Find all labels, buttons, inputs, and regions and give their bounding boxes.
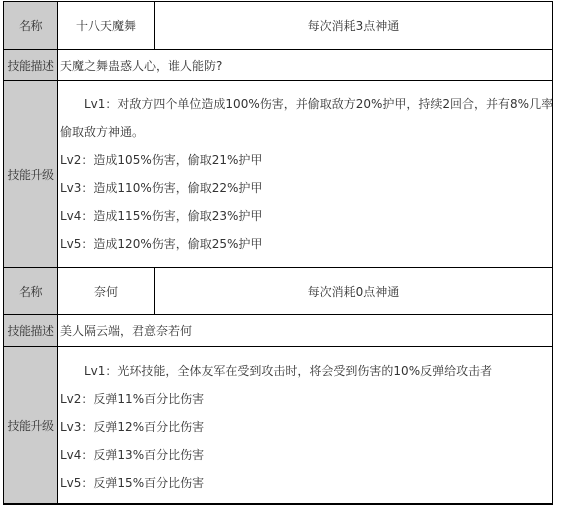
upgrade-lv5: Lv5：造成120%伤害，偷取25%护甲 (60, 230, 553, 258)
skill-name: 十八天魔舞 (58, 2, 155, 49)
upgrade-lv3: Lv3：造成110%伤害，偷取22%护甲 (60, 174, 553, 202)
upgrade-lv1: Lv1：对敌方四个单位造成100%伤害，并偷取敌方20%护甲，持续2回合，并有8… (60, 90, 553, 118)
upgrade-lv2: Lv2：造成105%伤害，偷取21%护甲 (60, 146, 553, 174)
skill-desc: 天魔之舞蛊惑人心，谁人能防? (58, 50, 552, 80)
name-label: 名称 (4, 2, 58, 49)
upgrade-label: 技能升级 (4, 347, 58, 503)
upgrade-lv1-cont: 偷取敌方神通。 (60, 118, 553, 146)
upgrade-lv2: Lv2：反弹11%百分比伤害 (60, 385, 552, 413)
skill-2-name-row: 名称 奈何 每次消耗0点神通 (3, 267, 553, 314)
skill-name: 奈何 (58, 268, 155, 314)
desc-label: 技能描述 (4, 50, 58, 80)
upgrade-lv1: Lv1：光环技能，全体友军在受到攻击时，将会受到伤害的10%反弹给攻击者 (60, 357, 552, 385)
desc-label: 技能描述 (4, 315, 58, 346)
upgrade-label: 技能升级 (4, 81, 58, 267)
skill-cost: 每次消耗3点神通 (155, 2, 552, 49)
upgrade-list: Lv1：对敌方四个单位造成100%伤害，并偷取敌方20%护甲，持续2回合，并有8… (58, 81, 553, 267)
upgrade-lv4: Lv4：造成115%伤害，偷取23%护甲 (60, 202, 553, 230)
skill-1-upgrade-row: 技能升级 Lv1：对敌方四个单位造成100%伤害，并偷取敌方20%护甲，持续2回… (3, 80, 553, 267)
skill-2-desc-row: 技能描述 美人隔云端，君意奈若何 (3, 314, 553, 346)
skill-desc: 美人隔云端，君意奈若何 (58, 315, 552, 346)
upgrade-list: Lv1：光环技能，全体友军在受到攻击时，将会受到伤害的10%反弹给攻击者 Lv2… (58, 347, 552, 503)
upgrade-lv3: Lv3：反弹12%百分比伤害 (60, 413, 552, 441)
upgrade-lv4: Lv4：反弹13%百分比伤害 (60, 441, 552, 469)
skill-1-name-row: 名称 十八天魔舞 每次消耗3点神通 (3, 1, 553, 49)
upgrade-lv5: Lv5：反弹15%百分比伤害 (60, 469, 552, 497)
skill-1-desc-row: 技能描述 天魔之舞蛊惑人心，谁人能防? (3, 49, 553, 80)
name-label: 名称 (4, 268, 58, 314)
skill-2-upgrade-row: 技能升级 Lv1：光环技能，全体友军在受到攻击时，将会受到伤害的10%反弹给攻击… (3, 346, 553, 505)
skill-cost: 每次消耗0点神通 (155, 268, 552, 314)
skill-table: 名称 十八天魔舞 每次消耗3点神通 技能描述 天魔之舞蛊惑人心，谁人能防? 技能… (3, 1, 553, 505)
